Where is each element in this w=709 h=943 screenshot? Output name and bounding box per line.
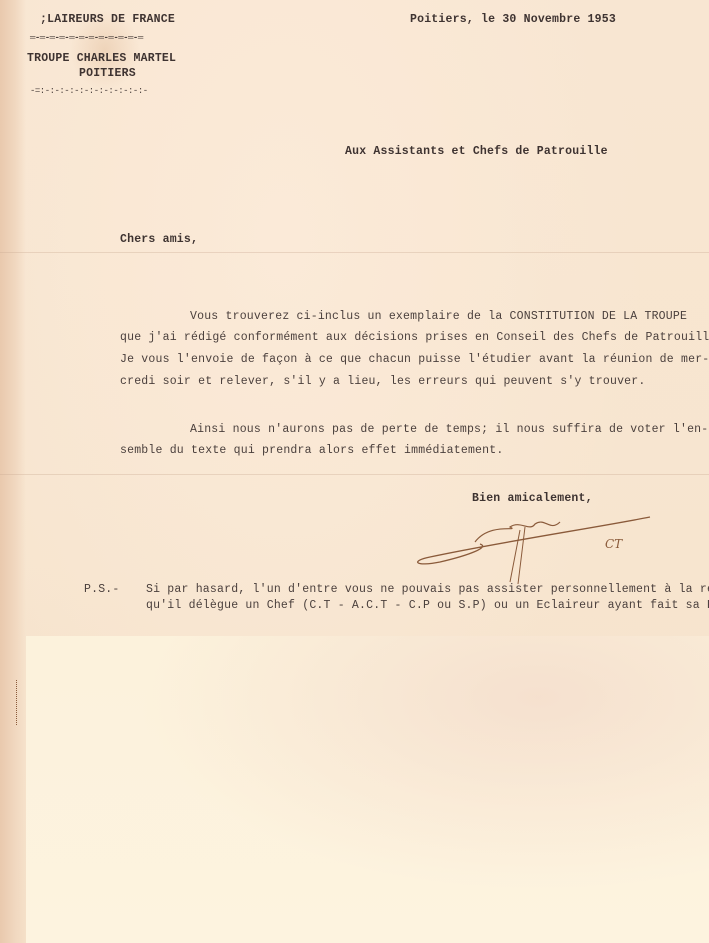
handwritten-signature: CT	[410, 512, 670, 592]
postscript-label: P.S.-	[84, 583, 120, 596]
postscript-line: Si par hasard, l'un d'entre vous ne pouv…	[146, 583, 709, 596]
letter-page: ;LAIREURS DE FRANCE ═-═-═-═-═-═-═-═-═-═-…	[0, 0, 709, 943]
letterhead-organization: ;LAIREURS DE FRANCE	[40, 13, 175, 26]
paper-fold-line	[0, 252, 709, 253]
paper-left-edge	[0, 0, 26, 943]
letterhead-city: POITIERS	[79, 67, 136, 80]
signature-initials: CT	[605, 537, 623, 551]
letterhead-rule: ═-═-═-═-═-═-═-═-═-═-═-═	[30, 33, 143, 43]
postscript-line: qu'il délègue un Chef (C.T - A.C.T - C.P…	[146, 599, 709, 612]
addressee: Aux Assistants et Chefs de Patrouille	[345, 145, 608, 158]
body-line: Vous trouverez ci-inclus un exemplaire d…	[190, 310, 687, 323]
body-line: credi soir et relever, s'il y a lieu, le…	[120, 375, 645, 388]
letterhead-rule: -=:-:-:-:-:-:-:-:-:-:-:-	[30, 86, 148, 96]
closing: Bien amicalement,	[472, 492, 593, 505]
dateline: Poitiers, le 30 Novembre 1953	[410, 13, 616, 26]
paper-fold-line	[0, 474, 709, 475]
salutation: Chers amis,	[120, 233, 198, 246]
paper-tear-mark	[16, 680, 20, 725]
body-line: que j'ai rédigé conformément aux décisio…	[120, 331, 709, 344]
body-line: Je vous l'envoie de façon à ce que chacu…	[120, 353, 709, 366]
letterhead-troupe: TROUPE CHARLES MARTEL	[27, 52, 176, 65]
body-line: semble du texte qui prendra alors effet …	[120, 444, 503, 457]
body-line: Ainsi nous n'aurons pas de perte de temp…	[190, 423, 708, 436]
lower-paper-sheet	[26, 636, 709, 943]
